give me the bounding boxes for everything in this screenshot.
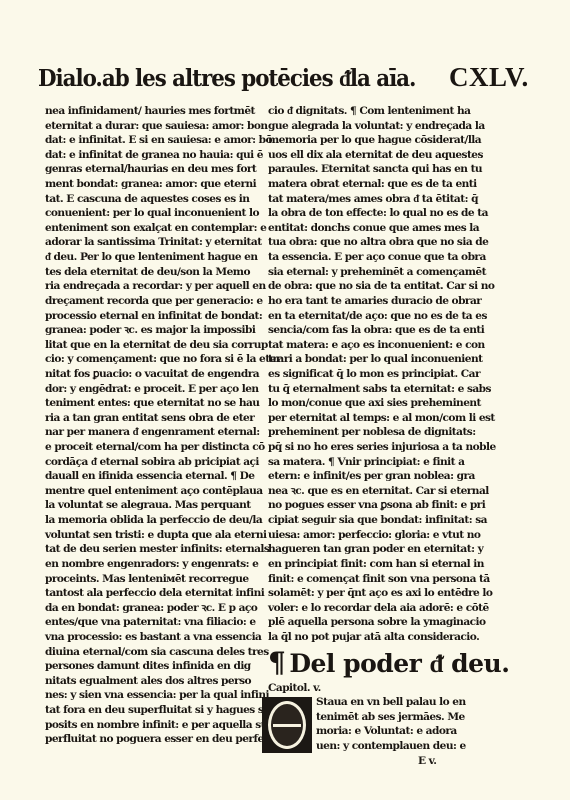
text-line: teniment entes: que eternitat no se hau (45, 396, 260, 411)
text-line: nes: y sien vna essencia: per la qual in… (45, 688, 260, 703)
text-line: paraules. Eternitat sancta qui has en tu (268, 162, 490, 177)
text-line: sencia/com fas la obra: que es de ta ent… (268, 323, 490, 338)
text-line: da en bondat: granea: poder ꝛc. E p aço (45, 601, 260, 616)
chapter-body: Staua en vn bell palau lo entenimēt ab s… (268, 695, 490, 753)
text-line: eternitat a durar: que sauiesa: amor: bo… (45, 119, 260, 134)
chapter-text: Staua en vn bell palau lo entenimēt ab s… (316, 695, 490, 753)
text-line: memoria per lo que hague cōsiderat/lla (268, 133, 490, 148)
text-line: de obra: que no sia de ta entitat. Car s… (268, 279, 490, 294)
text-line: uen: y contemplauen deu: e (316, 739, 490, 754)
text-line: voluntat sen tristi: e dupta que ala ete… (45, 528, 260, 543)
text-line: sia eternal: y preheminēt a començamēt (268, 265, 490, 280)
text-line: dauall en ifinida essencia eternal. ¶ De (45, 469, 260, 484)
text-line: mentre quel enteniment aço contēplaua (45, 484, 260, 499)
running-title: Dialo.ab les altres potēcies ᵭla aīa. (38, 65, 415, 92)
text-line: la memoria oblida la perfeccio de deu/la (45, 513, 260, 528)
text-line: dreçament recorda que per generacio: e (45, 294, 260, 309)
text-line: nea infinidament/ hauries mes fortmēt (45, 104, 260, 119)
text-line: ta essencia. E per aço conue que ta obra (268, 250, 490, 265)
text-line: entitat: donchs conue que ames mes la (268, 221, 490, 236)
text-line: nea ꝛc. que es en eternitat. Car si eter… (268, 484, 490, 499)
text-line: adorar la santissima Trinitat: y eternit… (45, 235, 260, 250)
left-column: nea infinidament/ hauries mes fortmētete… (45, 104, 260, 747)
text-line: tenimēt ab ses jermāes. Me (316, 710, 490, 725)
running-header: Dialo.ab les altres potēcies ᵭla aīa. CX… (38, 62, 538, 98)
text-line: voler: e lo recordar dela aia adorē: e c… (268, 601, 490, 616)
text-line: e proceit eternal/com ha per distincta c… (45, 440, 260, 455)
text-line: plē aquella persona sobre la ymaginacio (268, 615, 490, 630)
text-line: granea: poder ꝛc. es major la impossibi (45, 323, 260, 338)
text-line: en principiat finit: com han si eternal … (268, 557, 490, 572)
text-line: la q̄l no pot pujar atā alta consideraci… (268, 630, 490, 645)
text-line: diuina eternal/com sia cascuna deles tre… (45, 645, 260, 660)
text-line: tat matera/mes ames obra ᵭ ta ētitat: q̄ (268, 192, 490, 207)
text-line: tu q̄ eternalment sabs ta eternitat: e s… (268, 382, 490, 397)
text-line: per eternitat al temps: e al mon/com li … (268, 411, 490, 426)
text-line: uiesa: amor: perfeccio: gloria: e vtut n… (268, 528, 490, 543)
text-line: pq̄ si no ho eres series injuriosa a ta … (268, 440, 490, 455)
text-line: tat fora en deu superfluitat si y hagues… (45, 703, 260, 718)
text-line: ho era tant te amaries duracio de obrar (268, 294, 490, 309)
chapter-label: Capitol. v. (268, 681, 490, 696)
text-line: dat: e infinitat. E si en sauiesa: e amo… (45, 133, 260, 148)
pilcrow-icon: ¶ (268, 646, 285, 679)
catchword: E v. (268, 754, 490, 769)
text-line: finit: e començat finit son vna persona … (268, 572, 490, 587)
text-line: conuenient: per lo qual inconuenient lo (45, 206, 260, 221)
text-line: ᵭ deu. Per lo que lenteniment hague en (45, 250, 260, 265)
text-line: tat matera: e aço es inconuenient: e con (268, 338, 490, 353)
section-heading: ¶Del poder ᵭ deu. (268, 648, 490, 679)
text-line: trari a bondat: per lo qual inconuenient (268, 352, 490, 367)
text-line: tes dela eternitat de deu/son la Memo (45, 265, 260, 280)
text-line: ment bondat: granea: amor: que eterni (45, 177, 260, 192)
text-line: en ta eternitat/de aço: que no es de ta … (268, 309, 490, 324)
text-line: nar per manera ᵭ engenrament eternal: (45, 425, 260, 440)
text-line: cordāça ᵭ eternal sobira ab pricipiat aç… (45, 455, 260, 470)
text-line: enteniment son exalçat en contemplar: e (45, 221, 260, 236)
text-line: gue alegrada la voluntat: y endreçada la (268, 119, 490, 134)
text-line: entes/que vna paternitat: vna filiacio: … (45, 615, 260, 630)
text-line: moria: e Voluntat: e adora (316, 724, 490, 739)
text-line: hagueren tan gran poder en eternitat: y (268, 542, 490, 557)
right-column-text: cio ᵭ dignitats. ¶ Com lenteniment hague… (268, 104, 490, 645)
initial-e-glyph (268, 701, 306, 749)
text-line: la voluntat se alegraua. Mas perquant (45, 498, 260, 513)
text-line: Staua en vn bell palau lo en (316, 695, 490, 710)
text-line: la obra de ton effecte: lo qual no es de… (268, 206, 490, 221)
text-line: tat. E cascuna de aquestes coses es in (45, 192, 260, 207)
text-line: persones damunt dites infinida en dig (45, 659, 260, 674)
text-line: dor: y engēdrat: e proceit. E per aço le… (45, 382, 260, 397)
text-line: dat: e infinitat de graneа no hauia: qui… (45, 148, 260, 163)
text-line: lo mon/conue que axi sies preheminent (268, 396, 490, 411)
decorated-initial-icon (262, 697, 312, 753)
text-line: sa matera. ¶ Vnir principiat: e finit a (268, 455, 490, 470)
text-line: nitats egualment ales dos altres perso (45, 674, 260, 689)
text-line: es significat q̄ lo mon es principiat. C… (268, 367, 490, 382)
text-line: etern: e infinit/es per gran noblea: gra (268, 469, 490, 484)
text-line: preheminent per noblesa de dignitats: (268, 425, 490, 440)
text-line: processio eternal en infinitat de bondat… (45, 309, 260, 324)
folio-number: CXLV. (449, 62, 529, 92)
text-line: no pogues esser vna ꝑsona ab finit: e pr… (268, 498, 490, 513)
section-title: Del poder ᵭ deu. (289, 649, 509, 678)
text-line: litat que en la eternitat de deu sia cor… (45, 338, 260, 353)
text-line: cio: y començament: que no fora si ē la … (45, 352, 260, 367)
text-line: posits en nombre infinit: e per aquella … (45, 718, 260, 733)
text-line: perfluitat no poguera esser en deu perfe… (45, 732, 260, 747)
text-line: cio ᵭ dignitats. ¶ Com lenteniment ha (268, 104, 490, 119)
text-line: matera obrat eternal: que es de ta enti (268, 177, 490, 192)
text-line: tantost ala perfeccio dela eternitat inf… (45, 586, 260, 601)
text-line: tat de deu serien mester infinits: etern… (45, 542, 260, 557)
text-line: en nombre engenradors: y engenrats: e (45, 557, 260, 572)
text-line: nitat fos ꝑuacio: o vacuitat de engendra (45, 367, 260, 382)
text-line: vna processio: es bastant a vna essencia (45, 630, 260, 645)
book-page: Dialo.ab les altres potēcies ᵭla aīa. CX… (0, 0, 570, 800)
text-line: proceints. Mas lenteniмēt recorregue (45, 572, 260, 587)
text-line: solamēt: y per q̄nt aço es axi lo entēdr… (268, 586, 490, 601)
text-line: cipiat seguir sia que bondat: infinitat:… (268, 513, 490, 528)
text-line: uos ell dix ala eternitat de deu aqueste… (268, 148, 490, 163)
right-column: cio ᵭ dignitats. ¶ Com lenteniment hague… (268, 104, 490, 768)
text-line: genras eternal/haurias en deu mes fort (45, 162, 260, 177)
text-line: ria a tan gran entitat sens obra de eter (45, 411, 260, 426)
text-line: tua obra: que no altra obra que no sia d… (268, 235, 490, 250)
text-line: ria endreçada a recordar: y per aquell e… (45, 279, 260, 294)
